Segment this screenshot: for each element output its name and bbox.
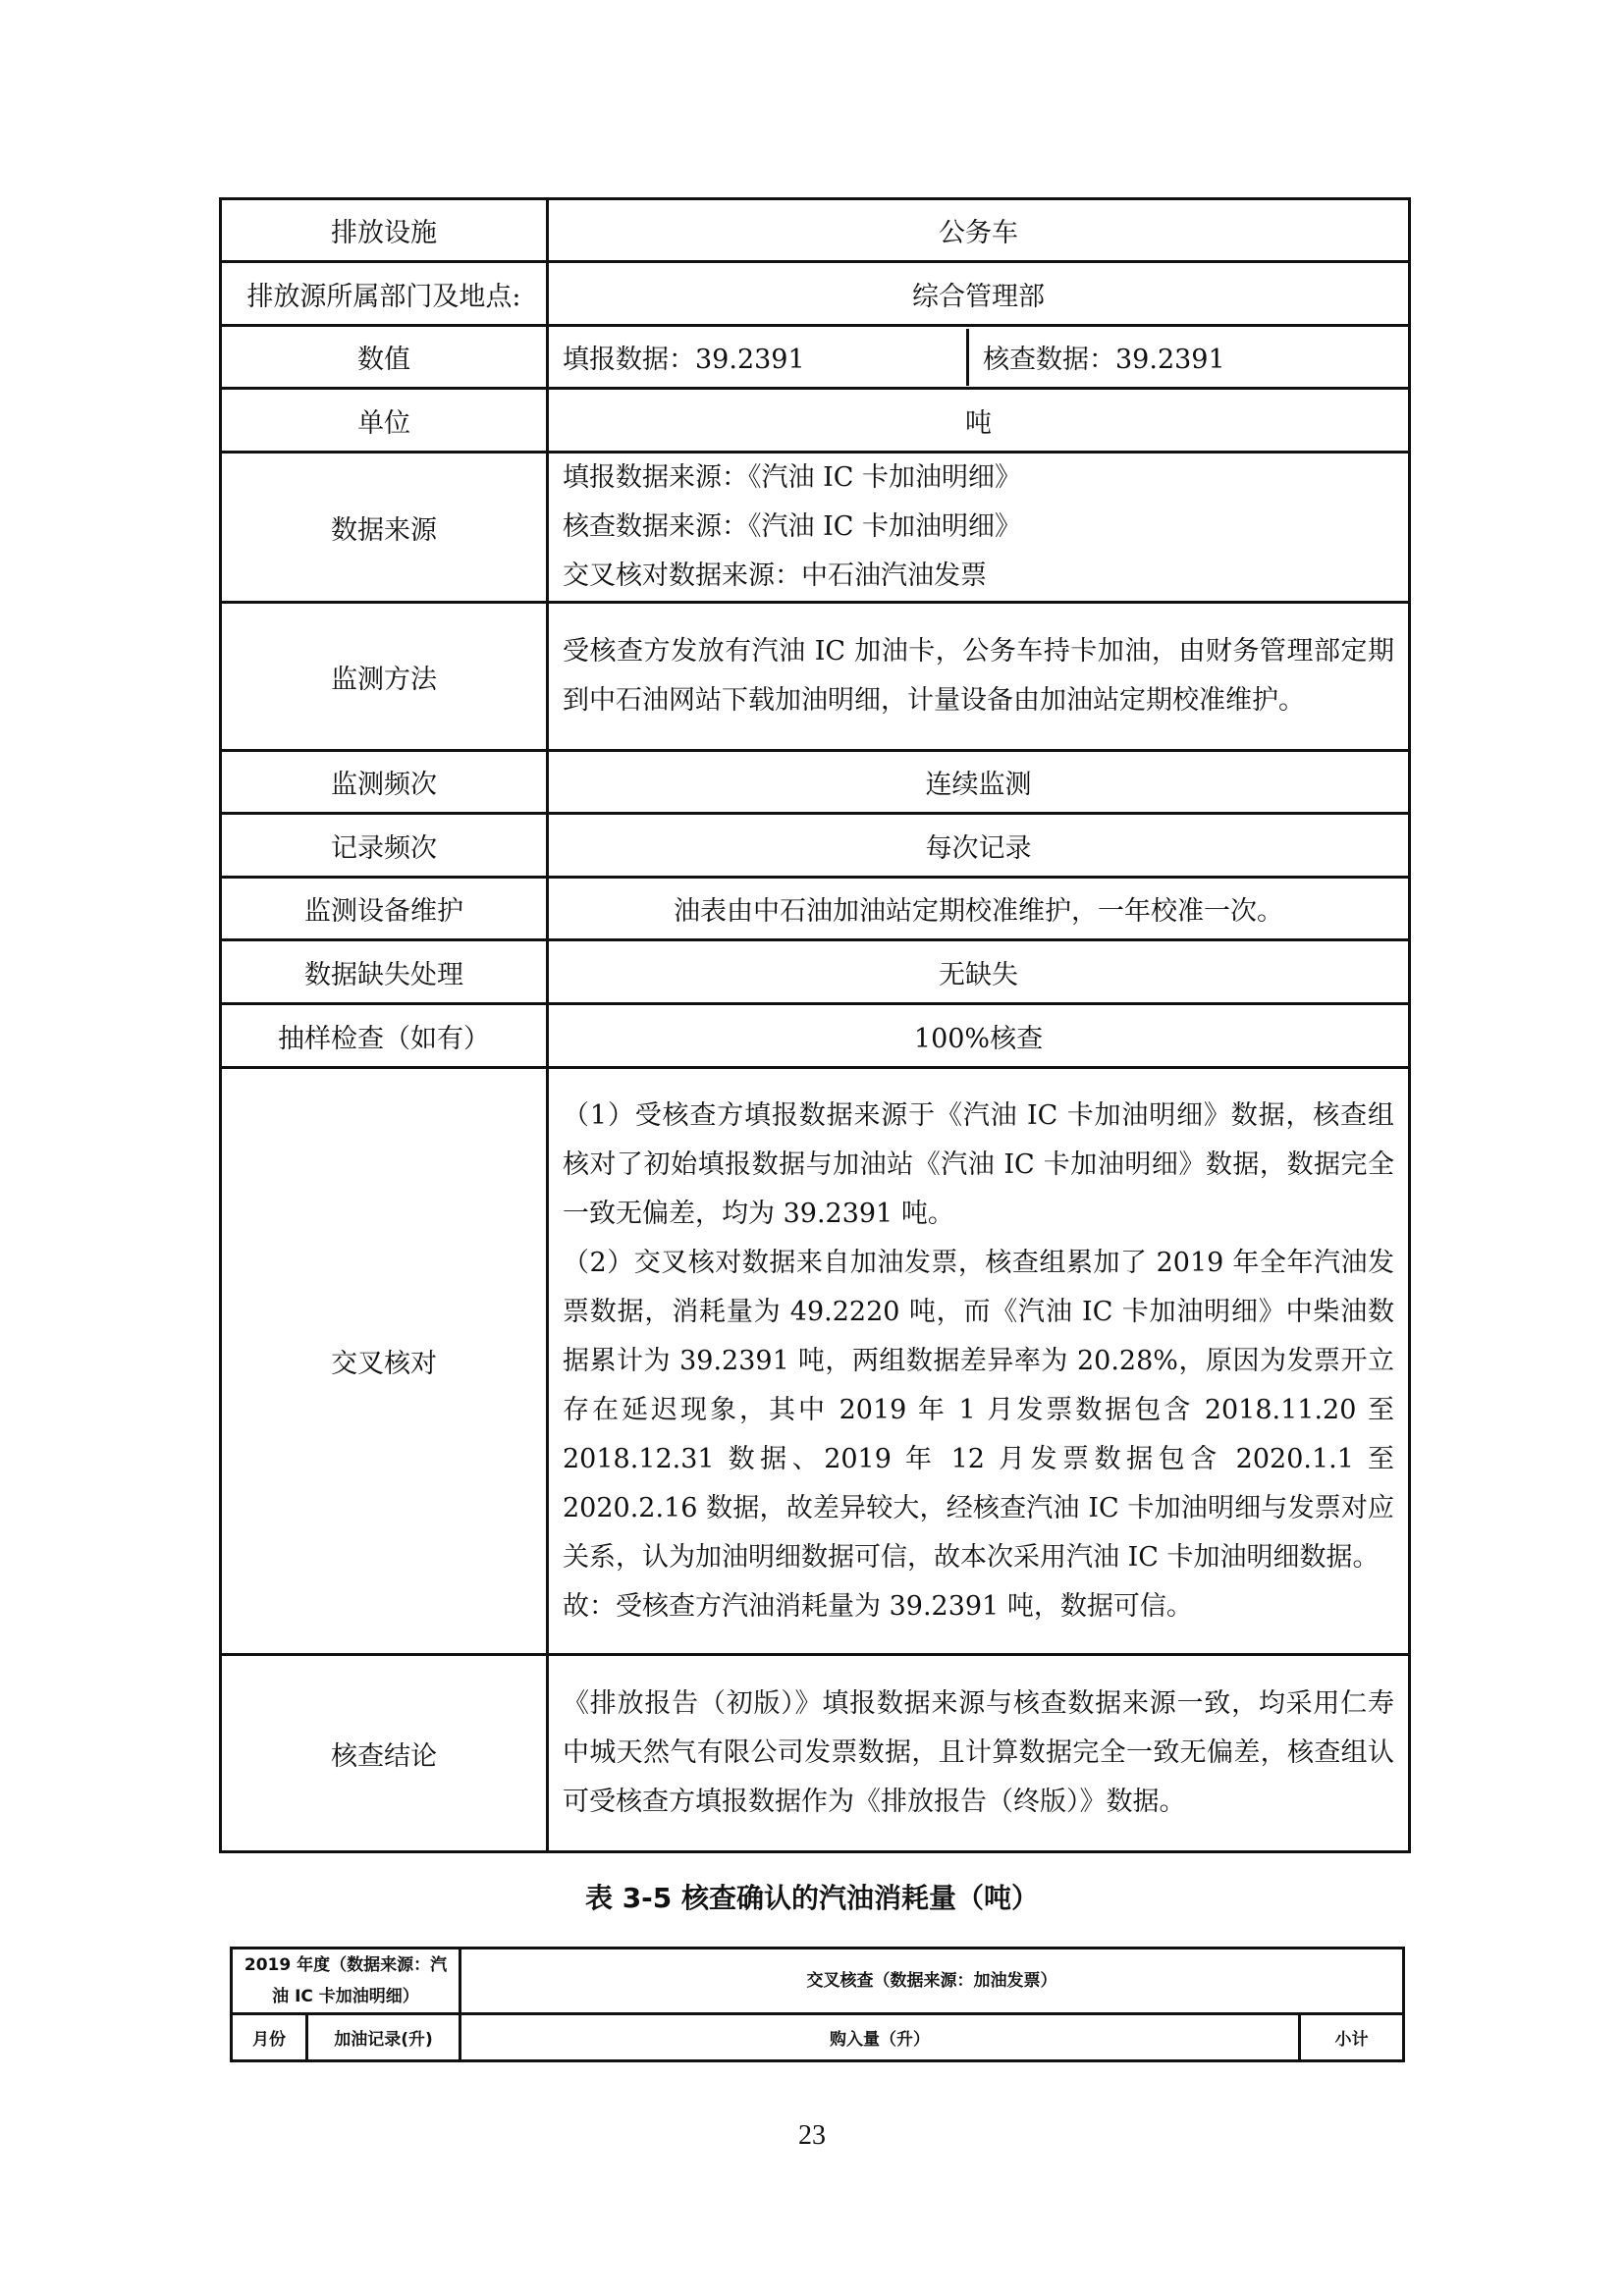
row-value: 连续监测 — [548, 751, 1410, 814]
cross-check-paragraph: 故：受核查方汽油消耗量为 39.2391 吨，数据可信。 — [563, 1582, 1394, 1631]
table-row: 排放源所属部门及地点: 综合管理部 — [221, 262, 1410, 326]
col-purchase: 购入量（升） — [460, 2014, 1300, 2061]
table-row: 单位 吨 — [221, 389, 1410, 453]
data-source-line: 交叉核对数据来源：中石油汽油发票 — [563, 552, 1394, 601]
data-source-cell: 填报数据来源：《汽油 IC 卡加油明细》 核查数据来源：《汽油 IC 卡加油明细… — [548, 453, 1410, 603]
table-row: 监测方法 受核查方发放有汽油 IC 加油卡，公务车持卡加油，由财务管理部定期到中… — [221, 603, 1410, 751]
table-row: 排放设施 公务车 — [221, 199, 1410, 262]
row-value: 无缺失 — [548, 940, 1410, 1004]
cross-check-cell: （1）受核查方填报数据来源于《汽油 IC 卡加油明细》数据，核查组核对了初始填报… — [548, 1068, 1410, 1655]
row-label: 数值 — [221, 326, 548, 389]
row-value: 油表由中石油加油站定期校准维护，一年校准一次。 — [548, 878, 1410, 940]
header-cross-check: 交叉核查（数据来源：加油发票） — [460, 1949, 1404, 2014]
row-label: 数据缺失处理 — [221, 940, 548, 1004]
row-value: 《排放报告（初版）》填报数据来源与核查数据来源一致，均采用仁寿中城天然气有限公司… — [548, 1655, 1410, 1852]
verified-value: 核查数据：39.2391 — [969, 329, 1225, 386]
table-row: 交叉核对 （1）受核查方填报数据来源于《汽油 IC 卡加油明细》数据，核查组核对… — [221, 1068, 1410, 1655]
row-value: 100%核查 — [548, 1004, 1410, 1068]
table-row: 数值 填报数据：39.2391 核查数据：39.2391 — [221, 326, 1410, 389]
cross-check-paragraph: （2）交叉核对数据来自加油发票，核查组累加了 2019 年全年汽油发票数据，消耗… — [563, 1239, 1394, 1582]
row-label: 抽样检查（如有） — [221, 1004, 548, 1068]
table-row: 核查结论 《排放报告（初版）》填报数据来源与核查数据来源一致，均采用仁寿中城天然… — [221, 1655, 1410, 1852]
cross-check-paragraph: （1）受核查方填报数据来源于《汽油 IC 卡加油明细》数据，核查组核对了初始填报… — [563, 1092, 1394, 1239]
table-row: 数据来源 填报数据来源：《汽油 IC 卡加油明细》 核查数据来源：《汽油 IC … — [221, 453, 1410, 603]
row-value: 吨 — [548, 389, 1410, 453]
row-label: 排放设施 — [221, 199, 548, 262]
table-row: 抽样检查（如有） 100%核查 — [221, 1004, 1410, 1068]
table-caption: 表 3-5 核查确认的汽油消耗量（吨） — [0, 1877, 1624, 1916]
value-split-cell: 填报数据：39.2391 核查数据：39.2391 — [548, 326, 1410, 389]
row-value: 公务车 — [548, 199, 1410, 262]
col-subtotal: 小计 — [1300, 2014, 1404, 2061]
row-label: 数据来源 — [221, 453, 548, 603]
page-number: 23 — [0, 2120, 1624, 2152]
table-row: 记录频次 每次记录 — [221, 814, 1410, 878]
reported-value: 填报数据：39.2391 — [549, 329, 969, 386]
table-row: 监测设备维护 油表由中石油加油站定期校准维护，一年校准一次。 — [221, 878, 1410, 940]
table-row: 监测频次 连续监测 — [221, 751, 1410, 814]
emission-source-table: 排放设施 公务车 排放源所属部门及地点: 综合管理部 数值 填报数据：39.23… — [219, 197, 1411, 1853]
row-label: 监测设备维护 — [221, 878, 548, 940]
data-source-line: 填报数据来源：《汽油 IC 卡加油明细》 — [563, 454, 1394, 503]
col-month: 月份 — [232, 2014, 307, 2061]
row-label: 监测方法 — [221, 603, 548, 751]
row-label: 监测频次 — [221, 751, 548, 814]
row-label: 记录频次 — [221, 814, 548, 878]
gasoline-consumption-table: 2019 年度（数据来源：汽油 IC 卡加油明细） 交叉核查（数据来源：加油发票… — [230, 1947, 1405, 2062]
row-value: 综合管理部 — [548, 262, 1410, 326]
col-record: 加油记录(升) — [307, 2014, 460, 2061]
row-label: 核查结论 — [221, 1655, 548, 1852]
row-label: 单位 — [221, 389, 548, 453]
row-label: 排放源所属部门及地点: — [221, 262, 548, 326]
data-source-line: 核查数据来源：《汽油 IC 卡加油明细》 — [563, 503, 1394, 552]
row-value: 每次记录 — [548, 814, 1410, 878]
row-label: 交叉核对 — [221, 1068, 548, 1655]
row-value: 受核查方发放有汽油 IC 加油卡，公务车持卡加油，由财务管理部定期到中石油网站下… — [548, 603, 1410, 751]
table-header-row: 2019 年度（数据来源：汽油 IC 卡加油明细） 交叉核查（数据来源：加油发票… — [232, 1949, 1404, 2014]
header-ic-card: 2019 年度（数据来源：汽油 IC 卡加油明细） — [232, 1949, 460, 2014]
table-header-row: 月份 加油记录(升) 购入量（升） 小计 — [232, 2014, 1404, 2061]
table-row: 数据缺失处理 无缺失 — [221, 940, 1410, 1004]
